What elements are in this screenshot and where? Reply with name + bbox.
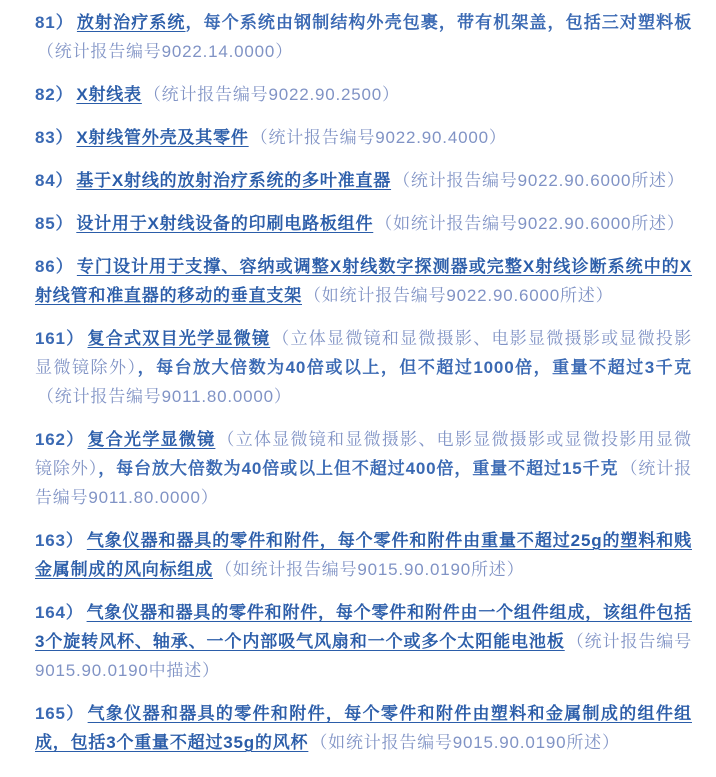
item-number: 83） [35, 128, 73, 147]
item-number: 84） [35, 171, 73, 190]
list-item: 81）放射治疗系统，每个系统由钢制结构外壳包裹，带有机架盖，包括三对塑料板（统计… [35, 8, 692, 66]
item-number: 81） [35, 13, 74, 32]
report-number-note: （统计报告编号9022.90.2500） [144, 85, 400, 104]
list-item: 163）气象仪器和器具的零件和附件，每个零件和附件由重量不超过25g的塑料和贱金… [35, 526, 692, 584]
report-number-note: （统计报告编号9022.90.4000） [251, 128, 507, 147]
item-number: 165） [35, 704, 85, 723]
item-number: 164） [35, 603, 84, 622]
product-link[interactable]: 复合式双目光学显微镜 [88, 329, 271, 348]
exclusion-list: 81）放射治疗系统，每个系统由钢制结构外壳包裹，带有机架盖，包括三对塑料板（统计… [0, 0, 716, 777]
item-number: 82） [35, 85, 73, 104]
report-number-note: （如统计报告编号9022.90.6000所述） [304, 286, 613, 305]
item-number: 163） [35, 531, 84, 550]
product-link[interactable]: X射线表 [76, 85, 142, 104]
report-number-note: （统计报告编号9022.90.6000所述） [393, 171, 685, 190]
product-link[interactable]: X射线管外壳及其零件 [76, 128, 248, 147]
list-item: 165）气象仪器和器具的零件和附件，每个零件和附件由塑料和金属制成的组件组成，包… [35, 699, 692, 757]
item-number: 161） [35, 329, 85, 348]
item-description: ，每台放大倍数为40倍或以上，但不超过1000倍，重量不超过3千克 [138, 358, 692, 377]
product-link[interactable]: 复合光学显微镜 [88, 430, 216, 449]
product-link[interactable]: 基于X射线的放射治疗系统的多叶准直器 [76, 171, 391, 190]
report-number-note: （如统计报告编号9015.90.0190所述） [310, 733, 619, 752]
list-item: 84）基于X射线的放射治疗系统的多叶准直器（统计报告编号9022.90.6000… [35, 166, 692, 195]
list-item: 85）设计用于X射线设备的印刷电路板组件（如统计报告编号9022.90.6000… [35, 209, 692, 238]
list-item: 162）复合光学显微镜（立体显微镜和显微摄影、电影显微摄影或显微投影用显微镜除外… [35, 425, 692, 512]
list-item: 161）复合式双目光学显微镜（立体显微镜和显微摄影、电影显微摄影或显微投影显微镜… [35, 324, 692, 411]
item-description: ，每个系统由钢制结构外壳包裹，带有机架盖，包括三对塑料板 [186, 13, 692, 32]
report-number-note: （统计报告编号9022.14.0000） [37, 42, 293, 61]
item-number: 162） [35, 430, 85, 449]
product-link[interactable]: 设计用于X射线设备的印刷电路板组件 [76, 214, 373, 233]
list-item: 83）X射线管外壳及其零件（统计报告编号9022.90.4000） [35, 123, 692, 152]
list-item: 82）X射线表（统计报告编号9022.90.2500） [35, 80, 692, 109]
list-item: 164）气象仪器和器具的零件和附件，每个零件和附件由一个组件组成，该组件包括3个… [35, 598, 692, 685]
report-number-note: （如统计报告编号9022.90.6000所述） [375, 214, 684, 233]
item-number: 85） [35, 214, 73, 233]
report-number-note: （如统计报告编号9015.90.0190所述） [215, 560, 524, 579]
report-number-note: （统计报告编号9011.80.0000） [37, 387, 292, 406]
product-link[interactable]: 放射治疗系统 [77, 13, 186, 32]
item-number: 86） [35, 257, 74, 276]
list-item: 86）专门设计用于支撑、容纳或调整X射线数字探测器或完整X射线诊断系统中的X射线… [35, 252, 692, 310]
item-description: ，每台放大倍数为40倍或以上但不超过400倍，重量不超过15千克 [98, 459, 618, 478]
